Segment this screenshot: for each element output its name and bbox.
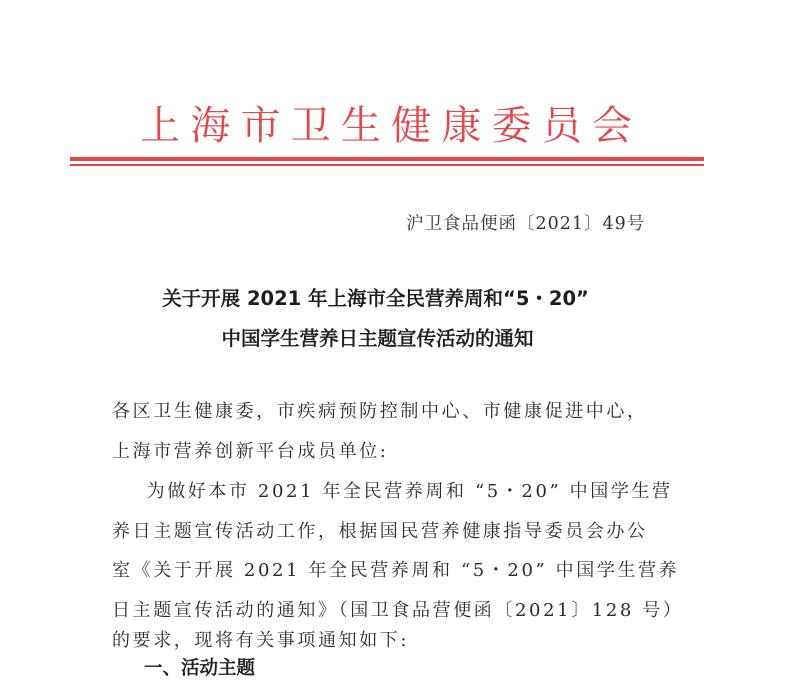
letterhead-char: 生: [341, 94, 381, 151]
document-number: 沪卫食品便函〔2021〕49号: [406, 210, 645, 235]
body-line: 日主题宣传活动的通知》（国卫食品营便函〔2021〕128 号）: [112, 596, 683, 622]
document-title-line-2: 中国学生营养日主题宣传活动的通知: [0, 323, 771, 351]
body-line: 为做好本市 2021 年全民营养周和 “5・20” 中国学生营: [126, 477, 673, 503]
letterhead-org-name: 上 海 市 卫 生 健 康 委 员 会: [140, 96, 632, 148]
letterhead-char: 海: [190, 94, 230, 151]
section-heading: 一、活动主题: [144, 654, 255, 680]
letterhead-char: 康: [441, 94, 481, 151]
letterhead-char: 健: [391, 94, 431, 151]
letterhead-divider-thin: [70, 164, 704, 166]
body-line: 养日主题宣传活动工作，根据国民营养健康指导委员会办公: [112, 517, 648, 543]
letterhead-char: 卫: [291, 94, 331, 151]
letterhead-char: 上: [140, 94, 180, 151]
document-title-line-1: 关于开展 2021 年上海市全民营养周和“5・20”: [0, 283, 769, 311]
letterhead-char: 市: [240, 94, 280, 151]
body-line: 的要求，现将有关事项通知如下:: [112, 626, 409, 652]
letterhead-divider-thick: [70, 157, 704, 161]
letterhead-char: 委: [492, 94, 532, 151]
letterhead-char: 员: [542, 94, 582, 151]
body-line: 上海市营养创新平台成员单位:: [112, 437, 388, 463]
body-line: 各区卫生健康委，市疾病预防控制中心、市健康促进中心，: [112, 397, 648, 423]
letterhead-char: 会: [592, 94, 632, 151]
body-line: 室《关于开展 2021 年全民营养周和 “5・20” 中国学生营养: [112, 556, 679, 582]
